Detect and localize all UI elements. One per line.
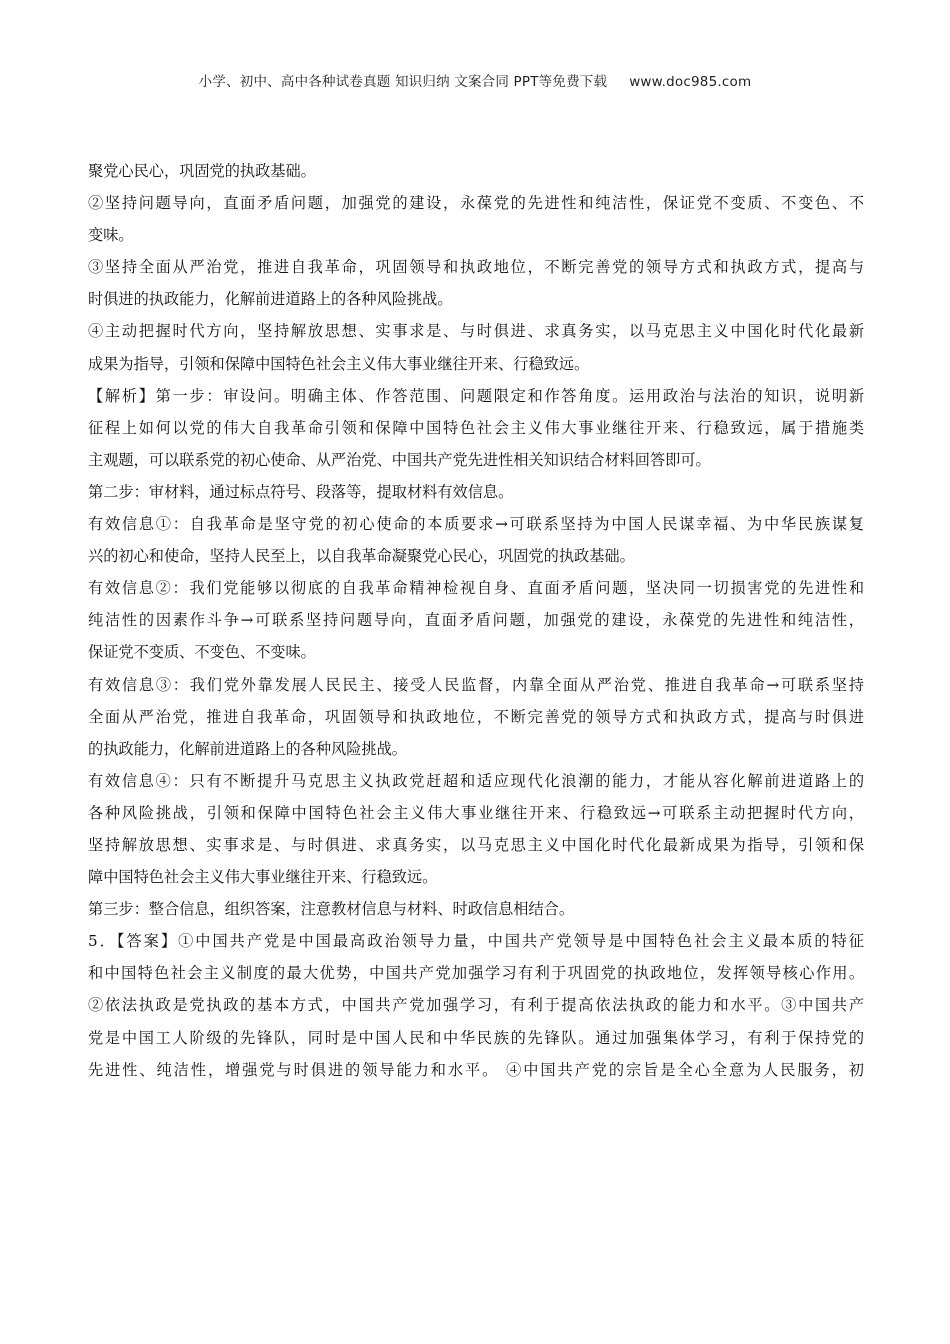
text-line: 保证党不变质、不变色、不变味。 — [88, 636, 864, 668]
text-line: 党是中国工人阶级的先锋队，同时是中国人民和中华民族的先锋队。通过加强集体学习，有… — [88, 1022, 864, 1054]
text-line: 的执政能力，化解前进道路上的各种风险挑战。 — [88, 733, 864, 765]
text-line: 障中国特色社会主义伟大事业继往开来、行稳致远。 — [88, 861, 864, 893]
text-line: ②坚持问题导向，直面矛盾问题，加强党的建设，永葆党的先进性和纯洁性，保证党不变质… — [88, 187, 864, 219]
document-body: 聚党心民心，巩固党的执政基础。②坚持问题导向，直面矛盾问题，加强党的建设，永葆党… — [88, 155, 864, 1086]
text-line: 征程上如何以党的伟大自我革命引领和保障中国特色社会主义伟大事业继往开来、行稳致远… — [88, 412, 864, 444]
text-line: 各种风险挑战，引领和保障中国特色社会主义伟大事业继往开来、行稳致远→可联系主动把… — [88, 797, 864, 829]
text-line: 聚党心民心，巩固党的执政基础。 — [88, 155, 864, 187]
page-header: 小学、初中、高中各种试卷真题 知识归纳 文案合同 PPT等免费下载www.doc… — [0, 70, 950, 90]
text-line: 第二步：审材料，通过标点符号、段落等，提取材料有效信息。 — [88, 476, 864, 508]
text-line: 坚持解放思想、实事求是、与时俱进、求真务实，以马克思主义中国化时代化最新成果为指… — [88, 829, 864, 861]
text-line: ②依法执政是党执政的基本方式，中国共产党加强学习，有利于提高依法执政的能力和水平… — [88, 989, 864, 1021]
text-line: 有效信息②：我们党能够以彻底的自我革命精神检视自身、直面矛盾问题，坚决同一切损害… — [88, 572, 864, 604]
text-line: 【解析】第一步：审设问。明确主体、作答范围、问题限定和作答角度。运用政治与法治的… — [88, 380, 864, 412]
text-line: ④主动把握时代方向，坚持解放思想、实事求是、与时俱进、求真务实，以马克思主义中国… — [88, 315, 864, 347]
text-line: 5．【答案】①中国共产党是中国最高政治领导力量，中国共产党领导是中国特色社会主义… — [88, 925, 864, 957]
text-line: 主观题，可以联系党的初心使命、从严治党、中国共产党先进性相关知识结合材料回答即可… — [88, 444, 864, 476]
text-line: 时俱进的执政能力，化解前进道路上的各种风险挑战。 — [88, 283, 864, 315]
text-line: 先进性、纯洁性，增强党与时俱进的领导能力和水平。 ④中国共产党的宗旨是全心全意为… — [88, 1054, 864, 1086]
text-line: 和中国特色社会主义制度的最大优势，中国共产党加强学习有利于巩固党的执政地位，发挥… — [88, 957, 864, 989]
text-line: ③坚持全面从严治党，推进自我革命，巩固领导和执政地位，不断完善党的领导方式和执政… — [88, 251, 864, 283]
text-line: 成果为指导，引领和保障中国特色社会主义伟大事业继往开来、行稳致远。 — [88, 348, 864, 380]
text-line: 有效信息④：只有不断提升马克思主义执政党赶超和适应现代化浪潮的能力，才能从容化解… — [88, 765, 864, 797]
text-line: 第三步：整合信息，组织答案，注意教材信息与材料、时政信息相结合。 — [88, 893, 864, 925]
header-site-link[interactable]: www.doc985.com — [629, 74, 751, 90]
header-text: 小学、初中、高中各种试卷真题 知识归纳 文案合同 PPT等免费下载 — [199, 74, 608, 90]
text-line: 纯洁性的因素作斗争→可联系坚持问题导向，直面矛盾问题，加强党的建设，永葆党的先进… — [88, 604, 864, 636]
text-line: 有效信息①：自我革命是坚守党的初心使命的本质要求→可联系坚持为中国人民谋幸福、为… — [88, 508, 864, 540]
text-line: 兴的初心和使命，坚持人民至上，以自我革命凝聚党心民心，巩固党的执政基础。 — [88, 540, 864, 572]
text-line: 全面从严治党，推进自我革命，巩固领导和执政地位，不断完善党的领导方式和执政方式，… — [88, 701, 864, 733]
text-line: 有效信息③：我们党外靠发展人民民主、接受人民监督，内靠全面从严治党、推进自我革命… — [88, 669, 864, 701]
text-line: 变味。 — [88, 219, 864, 251]
